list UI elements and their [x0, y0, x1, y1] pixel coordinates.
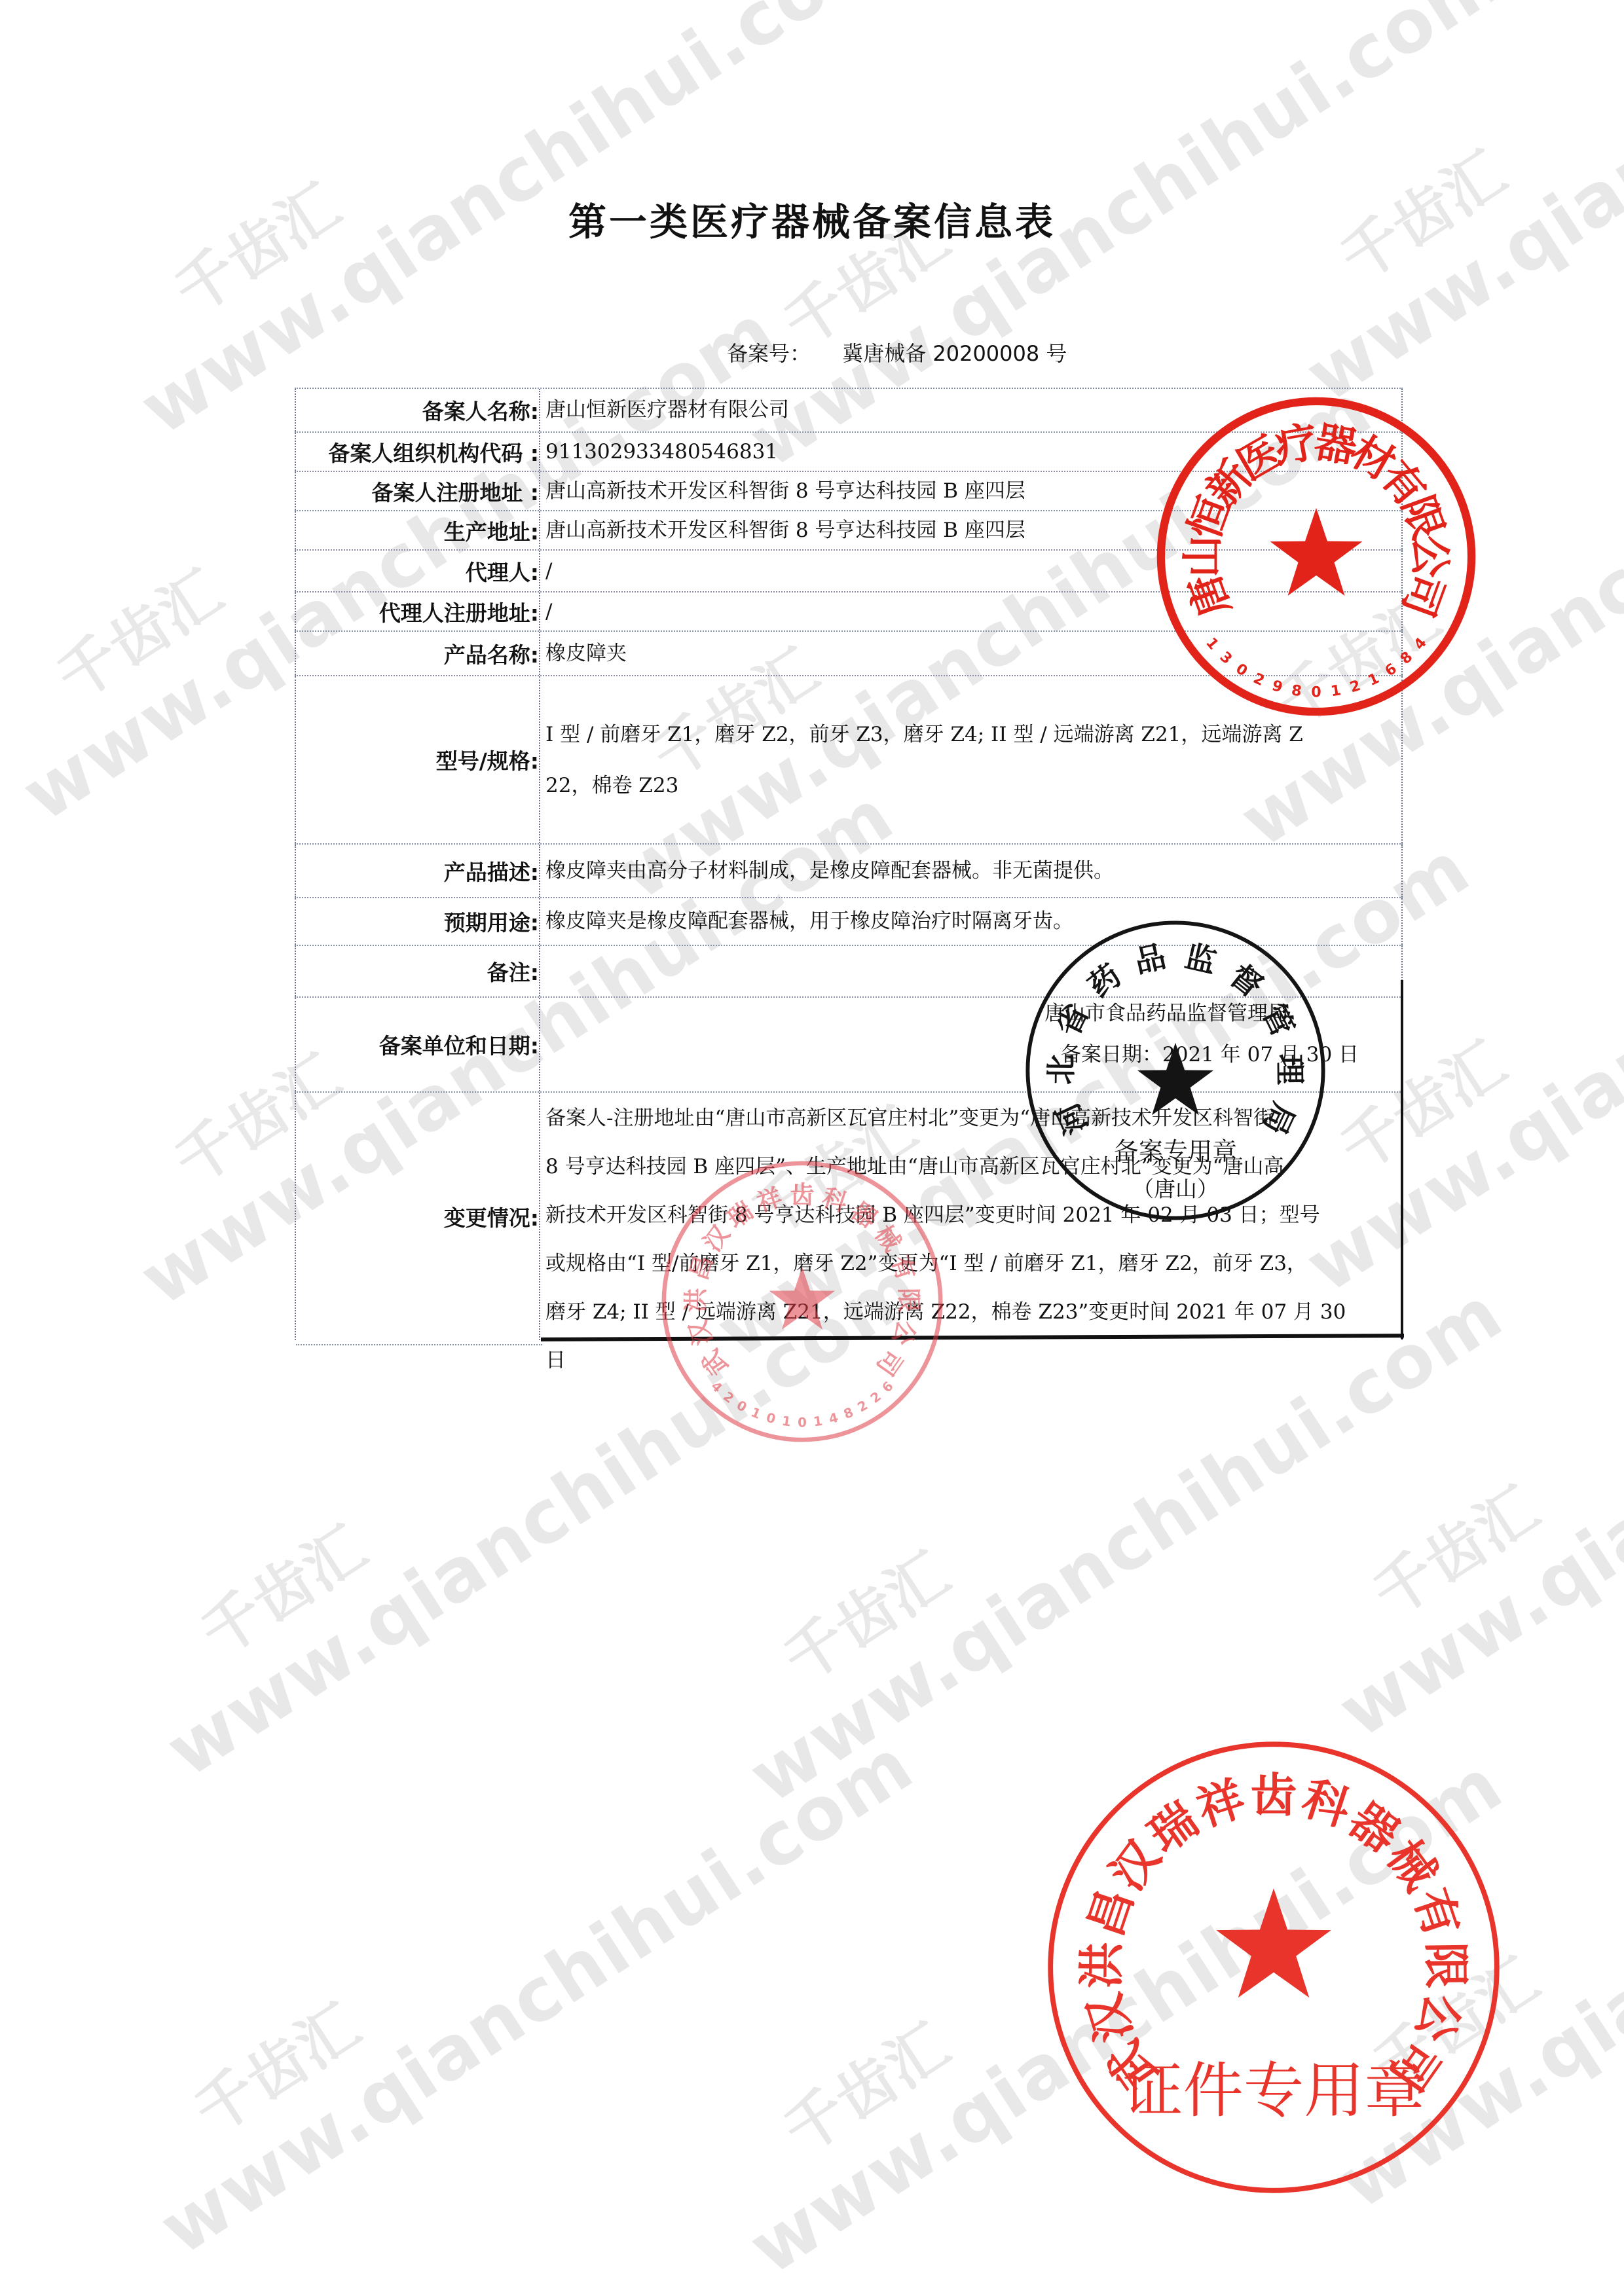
document-page: 千齿汇www.qianchihui.com千齿汇www.qianchihui.c… [0, 0, 1624, 2296]
svg-text:2: 2 [868, 1389, 884, 1406]
row-label: 产品描述: [295, 845, 540, 897]
svg-text:0: 0 [798, 1415, 807, 1430]
svg-text:3: 3 [1217, 648, 1236, 668]
row-label: 变更情况: [295, 1093, 540, 1340]
svg-text:4: 4 [827, 1410, 840, 1427]
row-label: 预期用途: [295, 898, 540, 945]
svg-text:8: 8 [1397, 648, 1416, 668]
svg-text:监: 监 [1181, 938, 1219, 980]
svg-text:品: 品 [1132, 938, 1170, 980]
svg-text:4: 4 [1411, 634, 1430, 653]
svg-text:8: 8 [1290, 682, 1302, 700]
row-value: 橡皮障夹由高分子材料制成，是橡皮障配套器械。非无菌提供。 [542, 845, 1403, 897]
svg-text:限: 限 [895, 1288, 923, 1313]
svg-text:1: 1 [1330, 682, 1342, 700]
svg-text:北: 北 [1043, 1054, 1079, 1085]
svg-text:2: 2 [1251, 670, 1267, 689]
watermark: 千齿汇www.qianchihui.com [98, 1650, 928, 2272]
svg-text:2: 2 [855, 1398, 870, 1415]
svg-text:备案专用章: 备案专用章 [1114, 1137, 1237, 1165]
svg-text:瑞: 瑞 [722, 1196, 758, 1234]
svg-text:省: 省 [1050, 998, 1096, 1042]
svg-text:0: 0 [1232, 660, 1250, 680]
svg-text:1: 1 [1365, 670, 1382, 689]
svg-text:证件专用章: 证件专用章 [1122, 2055, 1424, 2126]
row-label: 代理人: [295, 551, 540, 591]
svg-text:有: 有 [886, 1251, 921, 1283]
svg-text:器: 器 [846, 1196, 883, 1234]
company-seal-stamp: 唐山恒新医疗器材有限公司1302980121684 [1154, 395, 1478, 718]
svg-text:理: 理 [1271, 1054, 1307, 1085]
document-title: 第一类医疗器械备案信息表 [0, 191, 1624, 246]
record-number-value: 冀唐械备 20200008 号 [842, 341, 1067, 366]
svg-text:公: 公 [887, 1317, 921, 1349]
svg-text:洪: 洪 [1074, 1942, 1129, 1989]
faded-company-seal-stamp: 武汉洪昌汉瑞祥齿科器械有限公司4201010148226 [658, 1157, 946, 1446]
svg-text:祥: 祥 [754, 1182, 786, 1217]
row-label: 备案单位和日期: [295, 998, 540, 1091]
row-label: 代理人注册地址: [295, 592, 540, 630]
svg-text:督: 督 [1223, 957, 1269, 1004]
svg-text:昌: 昌 [684, 1251, 719, 1283]
svg-text:6: 6 [879, 1379, 896, 1396]
svg-text:齿: 齿 [790, 1180, 814, 1209]
certificate-seal-stamp: 武汉洪昌汉瑞祥齿科器械有限公司证件专用章 [1041, 1735, 1506, 2200]
svg-text:4: 4 [708, 1379, 725, 1396]
row-label: 产品名称: [295, 632, 540, 675]
svg-text:8: 8 [841, 1404, 856, 1422]
svg-text:武: 武 [696, 1344, 733, 1381]
svg-text:1: 1 [1202, 634, 1222, 653]
model-line: 22，棉卷 Z23 [545, 760, 678, 811]
table-row: 产品描述: 橡皮障夹由高分子材料制成，是橡皮障配套器械。非无菌提供。 [295, 843, 1403, 897]
svg-text:局: 局 [1256, 1097, 1302, 1140]
svg-text:汉: 汉 [697, 1220, 735, 1257]
svg-text:限: 限 [1418, 1942, 1473, 1989]
svg-text:9: 9 [1270, 677, 1284, 696]
svg-text:2: 2 [1348, 677, 1362, 696]
row-label: 备案人组织机构代码 : [295, 433, 540, 471]
svg-text:汉: 汉 [683, 1317, 718, 1349]
row-label: 备案人名称: [295, 389, 540, 431]
svg-text:1: 1 [813, 1413, 824, 1430]
svg-text:河: 河 [1050, 1097, 1096, 1140]
svg-text:科: 科 [819, 1182, 851, 1218]
row-label: 备注: [295, 946, 540, 996]
svg-text:齿: 齿 [1250, 1768, 1297, 1823]
record-number: 备案号： 冀唐械备 20200008 号 [727, 337, 1067, 367]
svg-text:2: 2 [720, 1389, 737, 1406]
row-label: 备案人注册地址 : [295, 472, 540, 510]
svg-text:司: 司 [871, 1344, 908, 1381]
svg-text:（唐山）: （唐山） [1132, 1176, 1219, 1202]
svg-text:药: 药 [1082, 957, 1128, 1004]
svg-text:械: 械 [869, 1220, 907, 1257]
table-bottom-dotted [296, 1344, 542, 1345]
agency-seal-stamp: 河北省药品监督管理局（唐山）备案专用章 [1022, 917, 1329, 1224]
row-label: 型号/规格: [295, 676, 540, 843]
record-number-label: 备案号： [727, 341, 811, 366]
svg-text:管: 管 [1255, 998, 1301, 1042]
svg-text:1: 1 [749, 1404, 764, 1422]
table-right-border [1401, 980, 1403, 1339]
svg-text:0: 0 [1311, 683, 1321, 701]
row-label: 生产地址: [295, 511, 540, 549]
svg-text:1: 1 [781, 1413, 792, 1430]
svg-text:0: 0 [734, 1398, 749, 1415]
svg-text:洪: 洪 [681, 1287, 710, 1313]
svg-text:0: 0 [765, 1410, 777, 1427]
svg-text:6: 6 [1382, 660, 1399, 680]
